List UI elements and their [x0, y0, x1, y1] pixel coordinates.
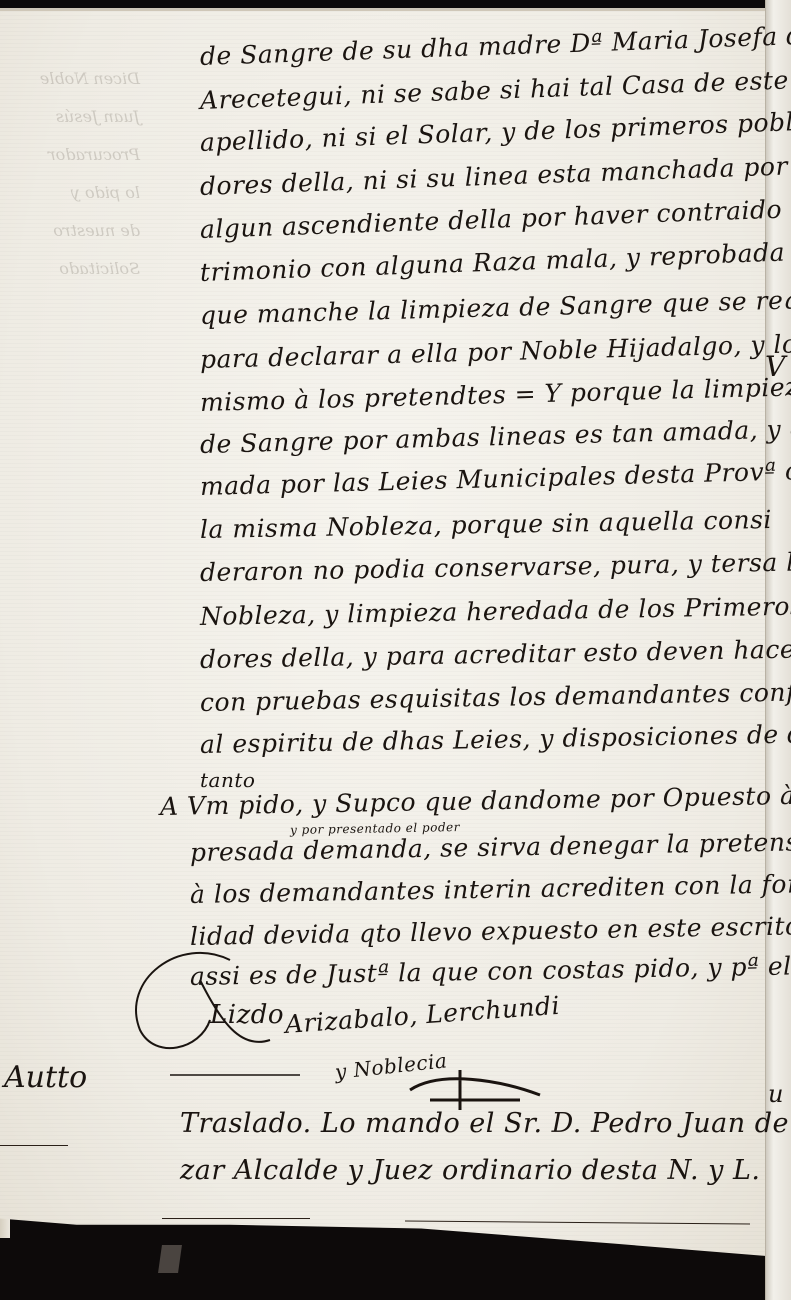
decree-line-2: zar Alcalde y Juez ordinario desta N. y … [180, 1155, 761, 1186]
margin-rule [0, 1145, 68, 1146]
right-edge-fragment-1: V [765, 350, 786, 383]
margin-note-autto: Autto [4, 1060, 87, 1095]
bleed-through-text: Dicen NobleJuan JesúsProcuradorlo pido y… [20, 60, 140, 288]
binding-tab [158, 1245, 182, 1273]
right-edge-fragment-2: u [768, 1080, 784, 1108]
decree-underline-left [162, 1218, 310, 1219]
signature-title: Lizdo [210, 1000, 284, 1030]
body-line-18: tanto [200, 768, 255, 792]
decree-line-1: Traslado. Lo mando el Sr. D. Pedro Juan … [180, 1108, 791, 1139]
